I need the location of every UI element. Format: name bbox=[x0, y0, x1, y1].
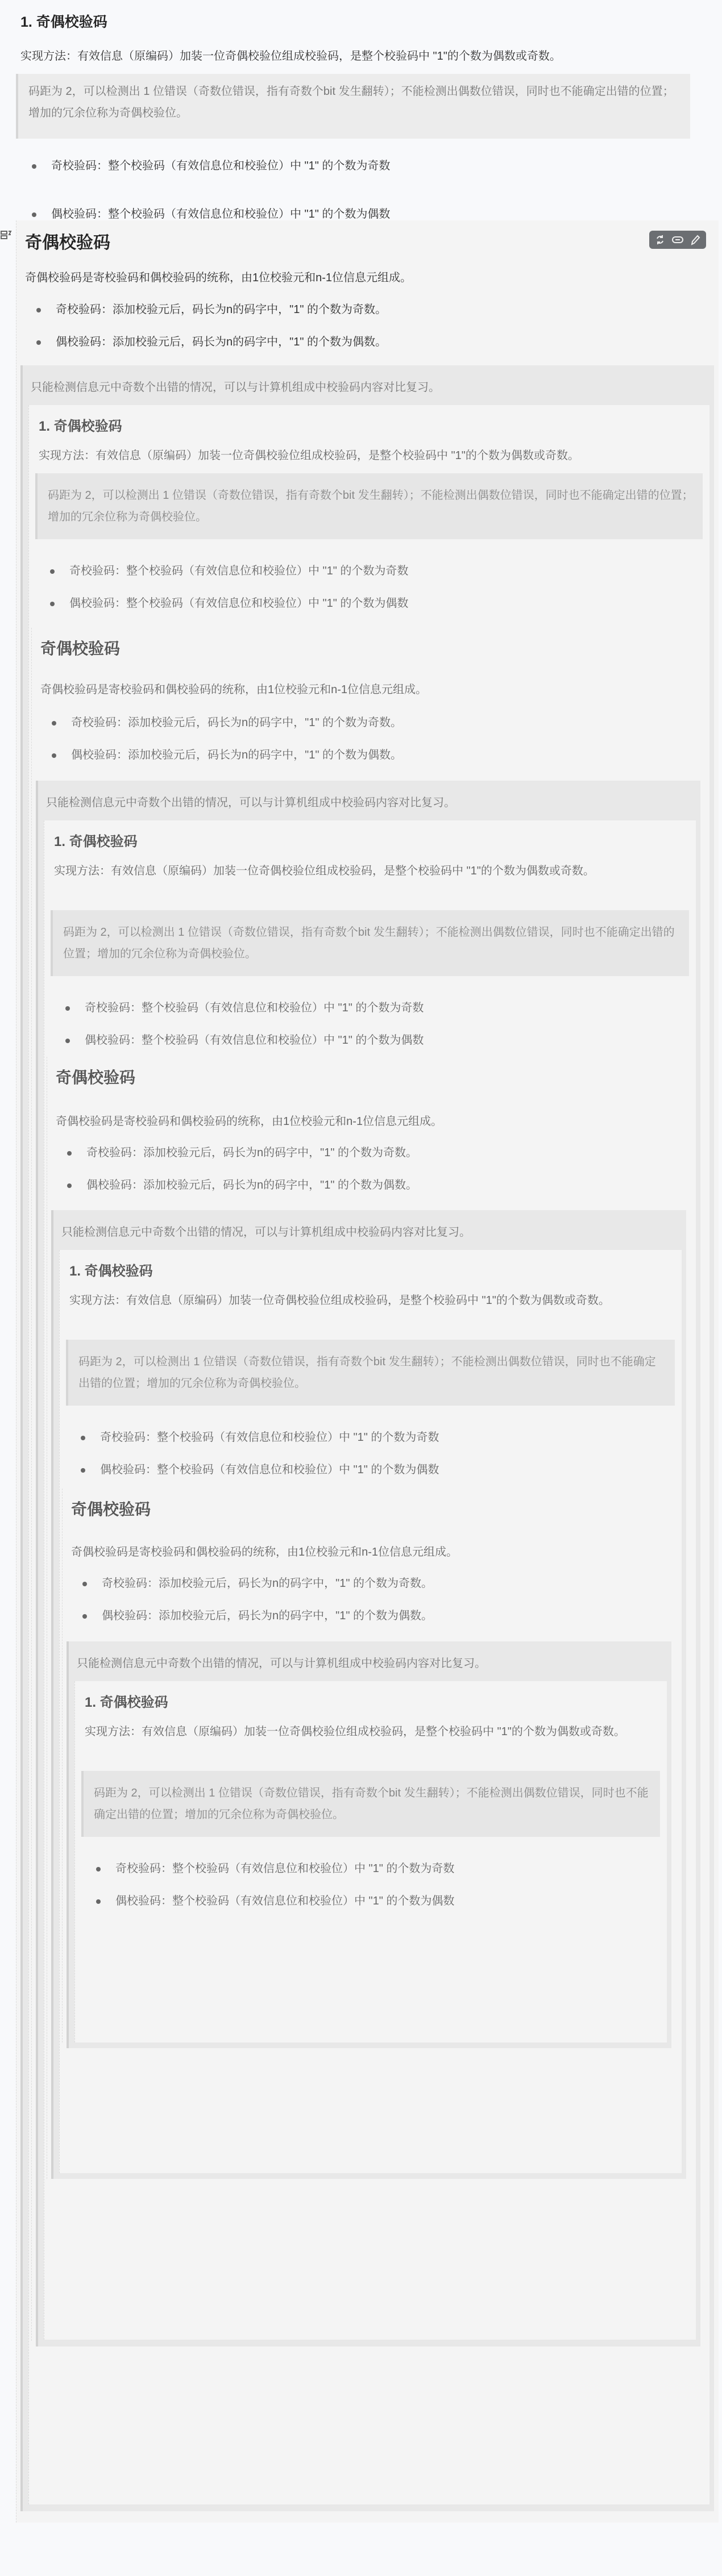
list-item: 偶校验码：添加校验元后，码长为n的码字中，"1" 的个数为偶数。 bbox=[52, 747, 402, 763]
embed-block-icon[interactable] bbox=[0, 230, 14, 241]
bullet-icon bbox=[50, 602, 55, 606]
note-blockquote: 码距为 2，可以检测出 1 位错误（奇数位错误，指有奇数个bit 发生翻转）；不… bbox=[66, 1340, 675, 1406]
list-item: 奇校验码：整个校验码（有效信息位和校验位）中 "1" 的个数为奇数 bbox=[20, 158, 702, 174]
embed-title: 奇偶校验码 bbox=[40, 639, 120, 658]
section-heading: 1. 奇偶校验码 bbox=[54, 834, 138, 851]
bullet-icon bbox=[65, 1006, 70, 1011]
list-item: 偶校验码：整个校验码（有效信息位和校验位）中 "1" 的个数为偶数 bbox=[96, 1893, 454, 1909]
note-blockquote: 码距为 2，可以检测出 1 位错误（奇数位错误，指有奇数个bit 发生翻转）；不… bbox=[35, 473, 703, 539]
bullet-icon bbox=[82, 1614, 87, 1619]
note-blockquote: 码距为 2，可以检测出 1 位错误（奇数位错误，指有奇数个bit 发生翻转）；不… bbox=[16, 74, 690, 139]
embed-title: 奇偶校验码 bbox=[25, 233, 110, 253]
bullet-icon bbox=[96, 1867, 101, 1871]
note-text: 码距为 2，可以检测出 1 位错误（奇数位错误，指有奇数个bit 发生翻转）；不… bbox=[28, 81, 682, 124]
list-item: 奇校验码：整个校验码（有效信息位和校验位）中 "1" 的个数为奇数 bbox=[65, 1000, 424, 1016]
list-item: 奇校验码：添加校验元后，码长为n的码字中，"1" 的个数为奇数。 bbox=[36, 302, 387, 318]
list-item: 奇校验码：添加校验元后，码长为n的码字中，"1" 的个数为奇数。 bbox=[82, 1575, 433, 1591]
bullet-icon bbox=[50, 569, 55, 574]
list-item: 偶校验码：添加校验元后，码长为n的码字中，"1" 的个数为偶数。 bbox=[36, 334, 387, 350]
bullet-icon bbox=[82, 1582, 87, 1586]
list-item: 偶校验码：整个校验码（有效信息位和校验位）中 "1" 的个数为偶数 bbox=[50, 595, 408, 611]
method-paragraph: 实现方法：有效信息（原编码）加装一位奇偶校验位组成校验码，是整个校验码中 "1"… bbox=[85, 1721, 657, 1743]
method-paragraph: 实现方法：有效信息（原编码）加装一位奇偶校验位组成校验码，是整个校验码中 "1"… bbox=[20, 45, 561, 67]
document-page: 1. 奇偶校验码 实现方法：有效信息（原编码）加装一位奇偶校验位组成校验码，是整… bbox=[0, 0, 722, 32]
blockquote-text: 只能检测信息元中奇数个出错的情况，可以与计算机组成中校验码内容对比复习。 bbox=[61, 1223, 471, 1239]
list-item: 偶校验码：整个校验码（有效信息位和校验位）中 "1" 的个数为偶数 bbox=[81, 1462, 439, 1478]
list-item: 奇校验码：整个校验码（有效信息位和校验位）中 "1" 的个数为奇数 bbox=[96, 1861, 454, 1877]
list-item: 偶校验码：整个校验码（有效信息位和校验位）中 "1" 的个数为偶数 bbox=[65, 1032, 424, 1048]
blockquote-text: 只能检测信息元中奇数个出错的情况，可以与计算机组成中校验码内容对比复习。 bbox=[77, 1654, 486, 1670]
bullet-icon bbox=[52, 721, 56, 726]
note-blockquote: 码距为 2，可以检测出 1 位错误（奇数位错误，指有奇数个bit 发生翻转）；不… bbox=[51, 910, 689, 976]
link-icon[interactable] bbox=[671, 233, 684, 247]
embed-toolbar bbox=[649, 231, 706, 249]
blockquote-text: 只能检测信息元中奇数个出错的情况，可以与计算机组成中校验码内容对比复习。 bbox=[46, 793, 455, 810]
list-item: 偶校验码：添加校验元后，码长为n的码字中，"1" 的个数为偶数。 bbox=[67, 1177, 417, 1193]
embed-title: 奇偶校验码 bbox=[71, 1500, 151, 1519]
bullet-icon bbox=[96, 1899, 101, 1904]
embed-title: 奇偶校验码 bbox=[56, 1068, 135, 1087]
bullet-icon bbox=[81, 1468, 85, 1473]
parity-list: 奇校验码：整个校验码（有效信息位和校验位）中 "1" 的个数为奇数 偶校验码：整… bbox=[20, 0, 702, 32]
method-paragraph: 实现方法：有效信息（原编码）加装一位奇偶校验位组成校验码，是整个校验码中 "1"… bbox=[54, 860, 686, 882]
list-item: 奇校验码：添加校验元后，码长为n的码字中，"1" 的个数为奇数。 bbox=[67, 1145, 417, 1161]
note-blockquote: 码距为 2，可以检测出 1 位错误（奇数位错误，指有奇数个bit 发生翻转）；不… bbox=[81, 1771, 660, 1837]
list-item: 奇校验码：添加校验元后，码长为n的码字中，"1" 的个数为奇数。 bbox=[52, 715, 402, 731]
embed-intro: 奇偶校验码是寄校验码和偶校验码的统称，由1位校验元和n-1位信息元组成。 bbox=[71, 1541, 458, 1563]
list-item: 奇校验码：整个校验码（有效信息位和校验位）中 "1" 的个数为奇数 bbox=[50, 563, 408, 579]
embed-intro: 奇偶校验码是寄校验码和偶校验码的统称，由1位校验元和n-1位信息元组成。 bbox=[25, 267, 412, 289]
list-item: 偶校验码：添加校验元后，码长为n的码字中，"1" 的个数为偶数。 bbox=[82, 1608, 433, 1624]
method-paragraph: 实现方法：有效信息（原编码）加装一位奇偶校验位组成校验码，是整个校验码中 "1"… bbox=[69, 1290, 671, 1311]
edit-icon[interactable] bbox=[688, 233, 702, 247]
bullet-icon bbox=[32, 212, 36, 217]
list-item: 偶校验码：整个校验码（有效信息位和校验位）中 "1" 的个数为偶数 bbox=[20, 206, 702, 222]
blockquote-text: 只能检测信息元中奇数个出错的情况，可以与计算机组成中校验码内容对比复习。 bbox=[31, 378, 440, 394]
bullet-icon bbox=[32, 164, 36, 169]
section-heading: 1. 奇偶校验码 bbox=[85, 1695, 168, 1711]
section-heading: 1. 奇偶校验码 bbox=[69, 1264, 153, 1280]
bullet-icon bbox=[36, 308, 41, 312]
bullet-icon bbox=[65, 1039, 70, 1043]
bullet-icon bbox=[52, 753, 56, 758]
refresh-icon[interactable] bbox=[653, 233, 667, 247]
bullet-icon bbox=[67, 1151, 72, 1156]
embed-intro: 奇偶校验码是寄校验码和偶校验码的统称，由1位校验元和n-1位信息元组成。 bbox=[56, 1111, 442, 1132]
bullet-icon bbox=[67, 1183, 72, 1188]
bullet-icon bbox=[36, 340, 41, 345]
section-heading: 1. 奇偶校验码 bbox=[39, 419, 122, 435]
section-heading: 1. 奇偶校验码 bbox=[20, 14, 107, 31]
embed-intro: 奇偶校验码是寄校验码和偶校验码的统称，由1位校验元和n-1位信息元组成。 bbox=[40, 679, 427, 701]
method-paragraph: 实现方法：有效信息（原编码）加装一位奇偶校验位组成校验码，是整个校验码中 "1"… bbox=[39, 445, 699, 466]
list-item: 奇校验码：整个校验码（有效信息位和校验位）中 "1" 的个数为奇数 bbox=[81, 1429, 439, 1445]
bullet-icon bbox=[81, 1436, 85, 1440]
